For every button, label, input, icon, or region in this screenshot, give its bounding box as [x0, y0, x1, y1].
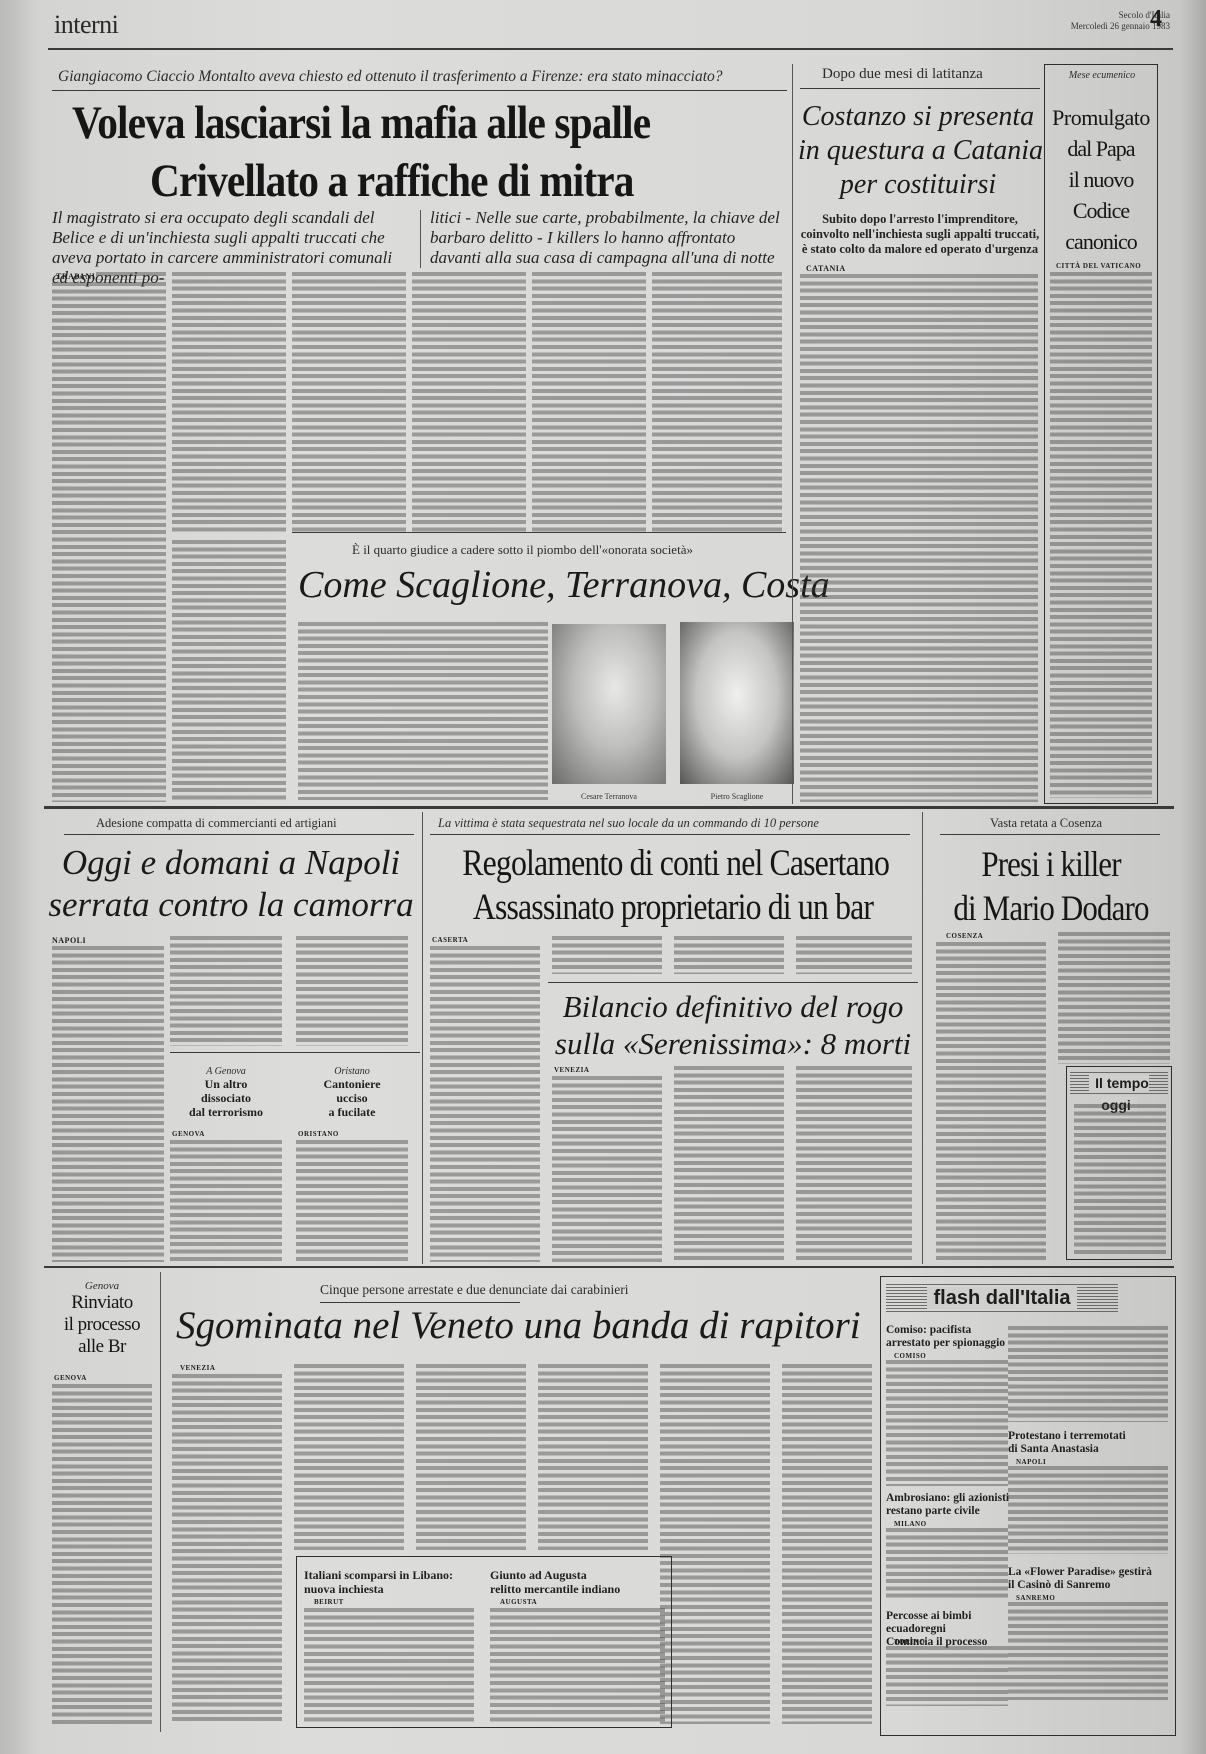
flash-item-headline: Ambrosiano: gli azionisti restano parte … [886, 1492, 1011, 1518]
sidebar-kicker: È il quarto giudice a cadere sotto il pi… [352, 542, 693, 558]
headline-line: Codice [1046, 195, 1156, 226]
headline-line: per costituirsi [798, 168, 1038, 202]
flash-item-headline: La «Flower Paradise» gestirà il Casinò d… [1008, 1566, 1173, 1592]
veneto-headline: Sgominata nel Veneto una banda di rapito… [176, 1306, 861, 1345]
body-text [296, 1140, 408, 1262]
body-text [1058, 932, 1170, 1064]
headline-line: Presi i killer [944, 842, 1159, 886]
column-rule [922, 812, 923, 1264]
body-text [96, 272, 166, 280]
body-text [796, 1066, 912, 1262]
body-text [52, 946, 164, 1262]
body-text [886, 1646, 1008, 1706]
vatican-kicker: Mese ecumenico [1050, 70, 1154, 81]
headline-line: Oggi e domani a Napoli [46, 842, 416, 884]
section-rule [44, 1266, 1174, 1268]
costanzo-kicker: Dopo due mesi di latitanza [822, 66, 983, 83]
body-text [936, 942, 1046, 1262]
body-text [1008, 1326, 1168, 1422]
lead-dateline: TRAPANI [56, 272, 95, 281]
body-text [52, 1384, 152, 1724]
body-text [660, 1364, 770, 1724]
body-text [430, 946, 540, 1262]
headline-line: La «Flower Paradise» gestirà [1008, 1566, 1173, 1579]
headline-line: di Mario Dodaro [944, 886, 1159, 930]
lead-kicker: Giangiacomo Ciaccio Montalto aveva chies… [58, 68, 788, 86]
brief-place: Genova [52, 1280, 152, 1292]
genova-brief: Genova Rinviato il processo alle Br [52, 1280, 152, 1358]
headline-line: relitto mercantile indiano [490, 1582, 665, 1596]
body-text [292, 272, 406, 532]
vatican-headline: Promulgato dal Papa il nuovo Codice cano… [1046, 102, 1156, 257]
lebanon-headline: Italiani scomparsi in Libano: nuova inch… [304, 1568, 474, 1596]
body-text [52, 282, 166, 802]
body-text [1008, 1602, 1168, 1700]
headline-line: Cantoniere [296, 1077, 408, 1091]
photo-terranova [552, 624, 666, 784]
headline-line: Costanzo si presenta [798, 100, 1038, 134]
flash-item-headline: Protestano i terremotati di Santa Anasta… [1008, 1430, 1168, 1456]
headline-line: Promulgato [1046, 102, 1156, 133]
column-rule [160, 1272, 161, 1732]
body-text [782, 1364, 872, 1724]
body-text [298, 622, 548, 800]
body-text [170, 1140, 282, 1262]
headline-line: di Santa Anastasia [1008, 1443, 1168, 1456]
headline-line: ucciso [296, 1091, 408, 1105]
rule [548, 982, 918, 983]
body-text [172, 540, 286, 802]
rule [430, 834, 910, 835]
body-text [172, 1374, 282, 1724]
brief-dateline: GENOVA [172, 1130, 205, 1138]
body-text [886, 1360, 1008, 1486]
caserta-dateline: CASERTA [432, 936, 468, 944]
headline-line: canonico [1046, 226, 1156, 257]
headline-line: Giunto ad Augusta [490, 1568, 665, 1582]
augusta-headline: Giunto ad Augusta relitto mercantile ind… [490, 1568, 665, 1596]
headline-line: restano parte civile [886, 1505, 1011, 1518]
flash-dateline: MILANO [894, 1520, 927, 1528]
body-text [532, 272, 646, 532]
veneto-kicker: Cinque persone arrestate e due denunciat… [320, 1282, 628, 1298]
rule [800, 88, 1040, 89]
lebanon-dateline: BEIRUT [314, 1598, 344, 1606]
issue-date: Mercoledì 26 gennaio 1983 [960, 21, 1170, 32]
body-text [652, 272, 782, 532]
section-rule [44, 806, 1174, 809]
vatican-dateline: CITTÀ DEL VATICANO [1056, 262, 1141, 270]
body-text [552, 936, 662, 974]
brief-genova: A Genova Un altro dissociato dal terrori… [170, 1066, 282, 1119]
rule [320, 1302, 520, 1303]
body-text [674, 1066, 784, 1262]
serenissima-dateline: VENEZIA [554, 1066, 589, 1074]
genova-dateline: GENOVA [54, 1374, 87, 1382]
cosenza-headline: Presi i killer di Mario Dodaro [926, 842, 1176, 930]
flash-title-banner: flash dall'Italia [886, 1284, 1118, 1312]
flash-dateline: NAPOLI [1016, 1458, 1046, 1466]
body-text [674, 936, 784, 974]
brief-dateline: ORISTANO [298, 1130, 339, 1138]
header-rule [48, 48, 1173, 50]
body-text [538, 1364, 648, 1550]
headline-line: il Casinò di Sanremo [1008, 1579, 1173, 1592]
napoli-headline: Oggi e domani a Napoli serrata contro la… [46, 842, 416, 926]
headline-line: Rinviato [52, 1292, 152, 1314]
body-text [552, 1076, 662, 1262]
paper-name: Secolo d'Italia [960, 10, 1170, 21]
headline-line: il nuovo [1046, 164, 1156, 195]
body-text [304, 1608, 474, 1722]
headline-line: a fucilate [296, 1105, 408, 1119]
column-rule [422, 812, 423, 1264]
headline-line: dal terrorismo [170, 1105, 282, 1119]
headline-line: Comiso: pacifista [886, 1324, 1006, 1337]
flash-title: flash dall'Italia [927, 1287, 1076, 1309]
veneto-dateline: VENEZIA [180, 1364, 215, 1372]
headline-line: il processo [52, 1314, 152, 1336]
headline-line: nuova inchiesta [304, 1582, 474, 1596]
rule [170, 1052, 420, 1053]
headline-line: in questura a Catania [798, 134, 1038, 168]
costanzo-deck: Subito dopo l'arresto l'imprenditore, co… [800, 212, 1040, 257]
kicker-rule [52, 90, 787, 91]
body-text [296, 936, 408, 1046]
headline-line: Ambrosiano: gli azionisti [886, 1492, 1011, 1505]
flash-dateline: COMISO [894, 1352, 926, 1360]
headline-line: Un altro [170, 1077, 282, 1091]
caserta-headline: Regolamento di conti nel Casertano Assas… [428, 842, 918, 930]
body-text [172, 272, 286, 532]
body-text [886, 1528, 1008, 1600]
column-rule [792, 64, 793, 804]
body-text [412, 272, 526, 532]
body-text [170, 936, 282, 1046]
brief-oristano: Oristano Cantoniere ucciso a fucilate [296, 1066, 408, 1119]
cosenza-dateline: COSENZA [946, 932, 983, 940]
body-text [416, 1364, 526, 1550]
column-rule [420, 210, 421, 268]
flash-item-headline: Comiso: pacifista arrestato per spionagg… [886, 1324, 1006, 1350]
headline-line: dissociato [170, 1091, 282, 1105]
photo-caption: Cesare Terranova [552, 792, 666, 801]
headline-line: Regolamento di conti nel Casertano [462, 842, 883, 886]
costanzo-dateline: CATANIA [806, 264, 846, 273]
body-text [294, 1364, 404, 1550]
caserta-kicker: La vittima è stata sequestrata nel suo l… [438, 816, 819, 831]
body-text [796, 936, 912, 974]
rule [940, 834, 1160, 835]
headline-line: Protestano i terremotati [1008, 1430, 1168, 1443]
masthead: Secolo d'Italia Mercoledì 26 gennaio 198… [960, 10, 1170, 32]
weather-title-banner: Il tempo oggi [1070, 1072, 1168, 1094]
lead-deck-right: litici - Nelle sue carte, probabilmente,… [430, 208, 785, 268]
costanzo-headline: Costanzo si presenta in questura a Catan… [798, 100, 1038, 202]
headline-line: serrata contro la camorra [46, 884, 416, 926]
brief-place: Oristano [296, 1066, 408, 1077]
headline-line: arrestato per spionaggio [886, 1337, 1006, 1350]
flash-dateline: SANREMO [1016, 1594, 1055, 1602]
lead-headline-1: Voleva lasciarsi la mafia alle spalle [72, 100, 650, 147]
napoli-kicker: Adesione compatta di commercianti ed art… [96, 816, 337, 831]
photo-caption: Pietro Scaglione [680, 792, 794, 801]
napoli-dateline: NAPOLI [52, 936, 86, 945]
page-number: 4 [1150, 6, 1162, 33]
serenissima-headline: Bilancio definitivo del rogo sulla «Sere… [548, 988, 918, 1062]
headline-line: Assassinato proprietario di un bar [462, 886, 883, 930]
rule [292, 532, 786, 533]
lead-headline-2: Crivellato a raffiche di mitra [150, 158, 634, 205]
brief-place: A Genova [170, 1066, 282, 1077]
augusta-dateline: AUGUSTA [500, 1598, 537, 1606]
body-text [490, 1608, 665, 1722]
headline-line: dal Papa [1046, 133, 1156, 164]
flash-dateline: TORINO [894, 1638, 925, 1646]
body-text [1074, 1104, 1166, 1254]
rule [64, 834, 414, 835]
body-text [1050, 272, 1152, 798]
headline-line: Bilancio definitivo del rogo [548, 988, 918, 1025]
body-text [1008, 1466, 1168, 1554]
section-title: interni [54, 10, 118, 40]
headline-line: Italiani scomparsi in Libano: [304, 1568, 474, 1582]
cosenza-kicker: Vasta retata a Cosenza [990, 816, 1102, 831]
body-text [800, 274, 1038, 802]
sidebar-headline: Come Scaglione, Terranova, Costa [298, 566, 830, 604]
headline-line: alle Br [52, 1336, 152, 1358]
photo-scaglione [680, 622, 794, 784]
headline-line: sulla «Serenissima»: 8 morti [548, 1025, 918, 1062]
newspaper-page: interni Secolo d'Italia Mercoledì 26 gen… [0, 0, 1206, 1754]
headline-line: Percosse ai bimbi ecuadoregni [886, 1610, 1016, 1636]
